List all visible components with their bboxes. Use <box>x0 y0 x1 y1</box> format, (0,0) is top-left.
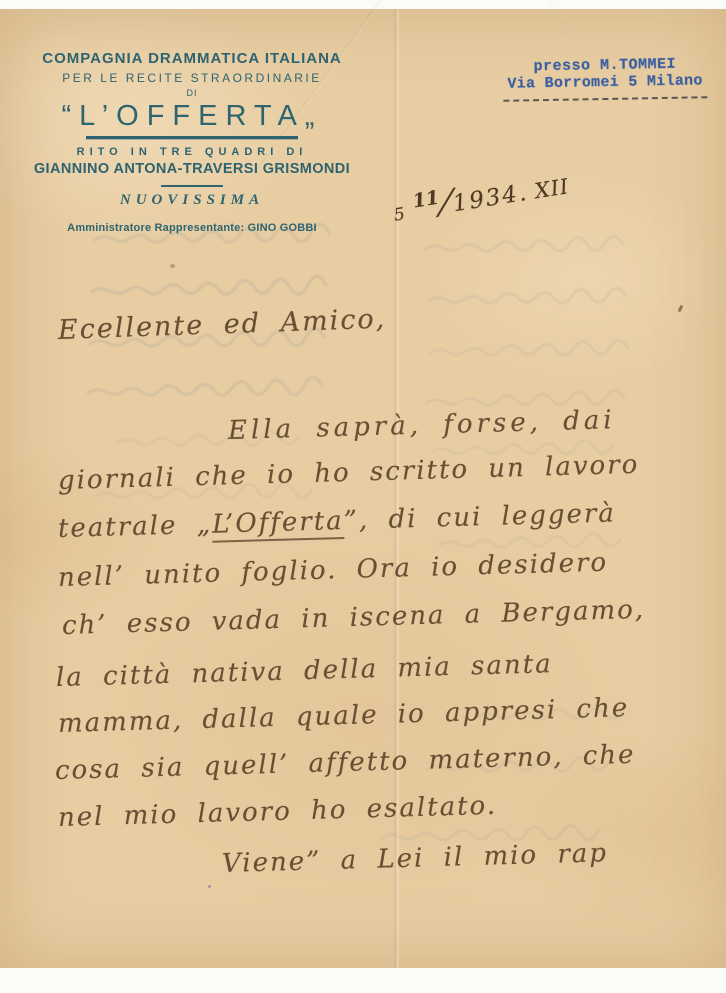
stamp-address: Via Borromei 5 Milano <box>497 72 713 93</box>
date-fascist-era: XII <box>533 174 571 203</box>
company-subtitle: PER LE RECITE STRAORDINARIE <box>26 71 358 85</box>
address-stamp: presso M.TOMMEI Via Borromei 5 Milano <box>497 55 714 102</box>
work-description: RITO IN TRE QUADRI DI <box>26 146 358 158</box>
administrator-line: Amministratore Rappresentante: GINO GOBB… <box>26 222 358 234</box>
date-day: 5 <box>392 204 406 225</box>
letter-paper: COMPAGNIA DRAMMATICA ITALIANA PER LE REC… <box>0 9 726 968</box>
body-line-segment: teatrale „ <box>58 510 213 544</box>
paper-stain <box>208 885 211 888</box>
paper-stain <box>170 264 175 268</box>
edition-label: NUOVISSIMA <box>26 192 358 209</box>
vertical-fold-crease <box>393 9 400 968</box>
underlined-title: L’Offerta <box>212 506 344 543</box>
letterhead: COMPAGNIA DRAMMATICA ITALIANA PER LE REC… <box>26 50 358 234</box>
play-title: “L’OFFERTA„ <box>26 100 358 133</box>
scanned-letter: COMPAGNIA DRAMMATICA ITALIANA PER LE REC… <box>0 0 726 993</box>
preposition-di: DI <box>26 88 358 98</box>
title-rule <box>86 136 298 139</box>
company-name: COMPAGNIA DRAMMATICA ITALIANA <box>26 50 358 67</box>
date-month: 11 <box>411 187 441 213</box>
author-name: GIANNINO ANTONA-TRAVERSI GRISMONDI <box>26 161 358 177</box>
short-rule <box>161 185 223 187</box>
